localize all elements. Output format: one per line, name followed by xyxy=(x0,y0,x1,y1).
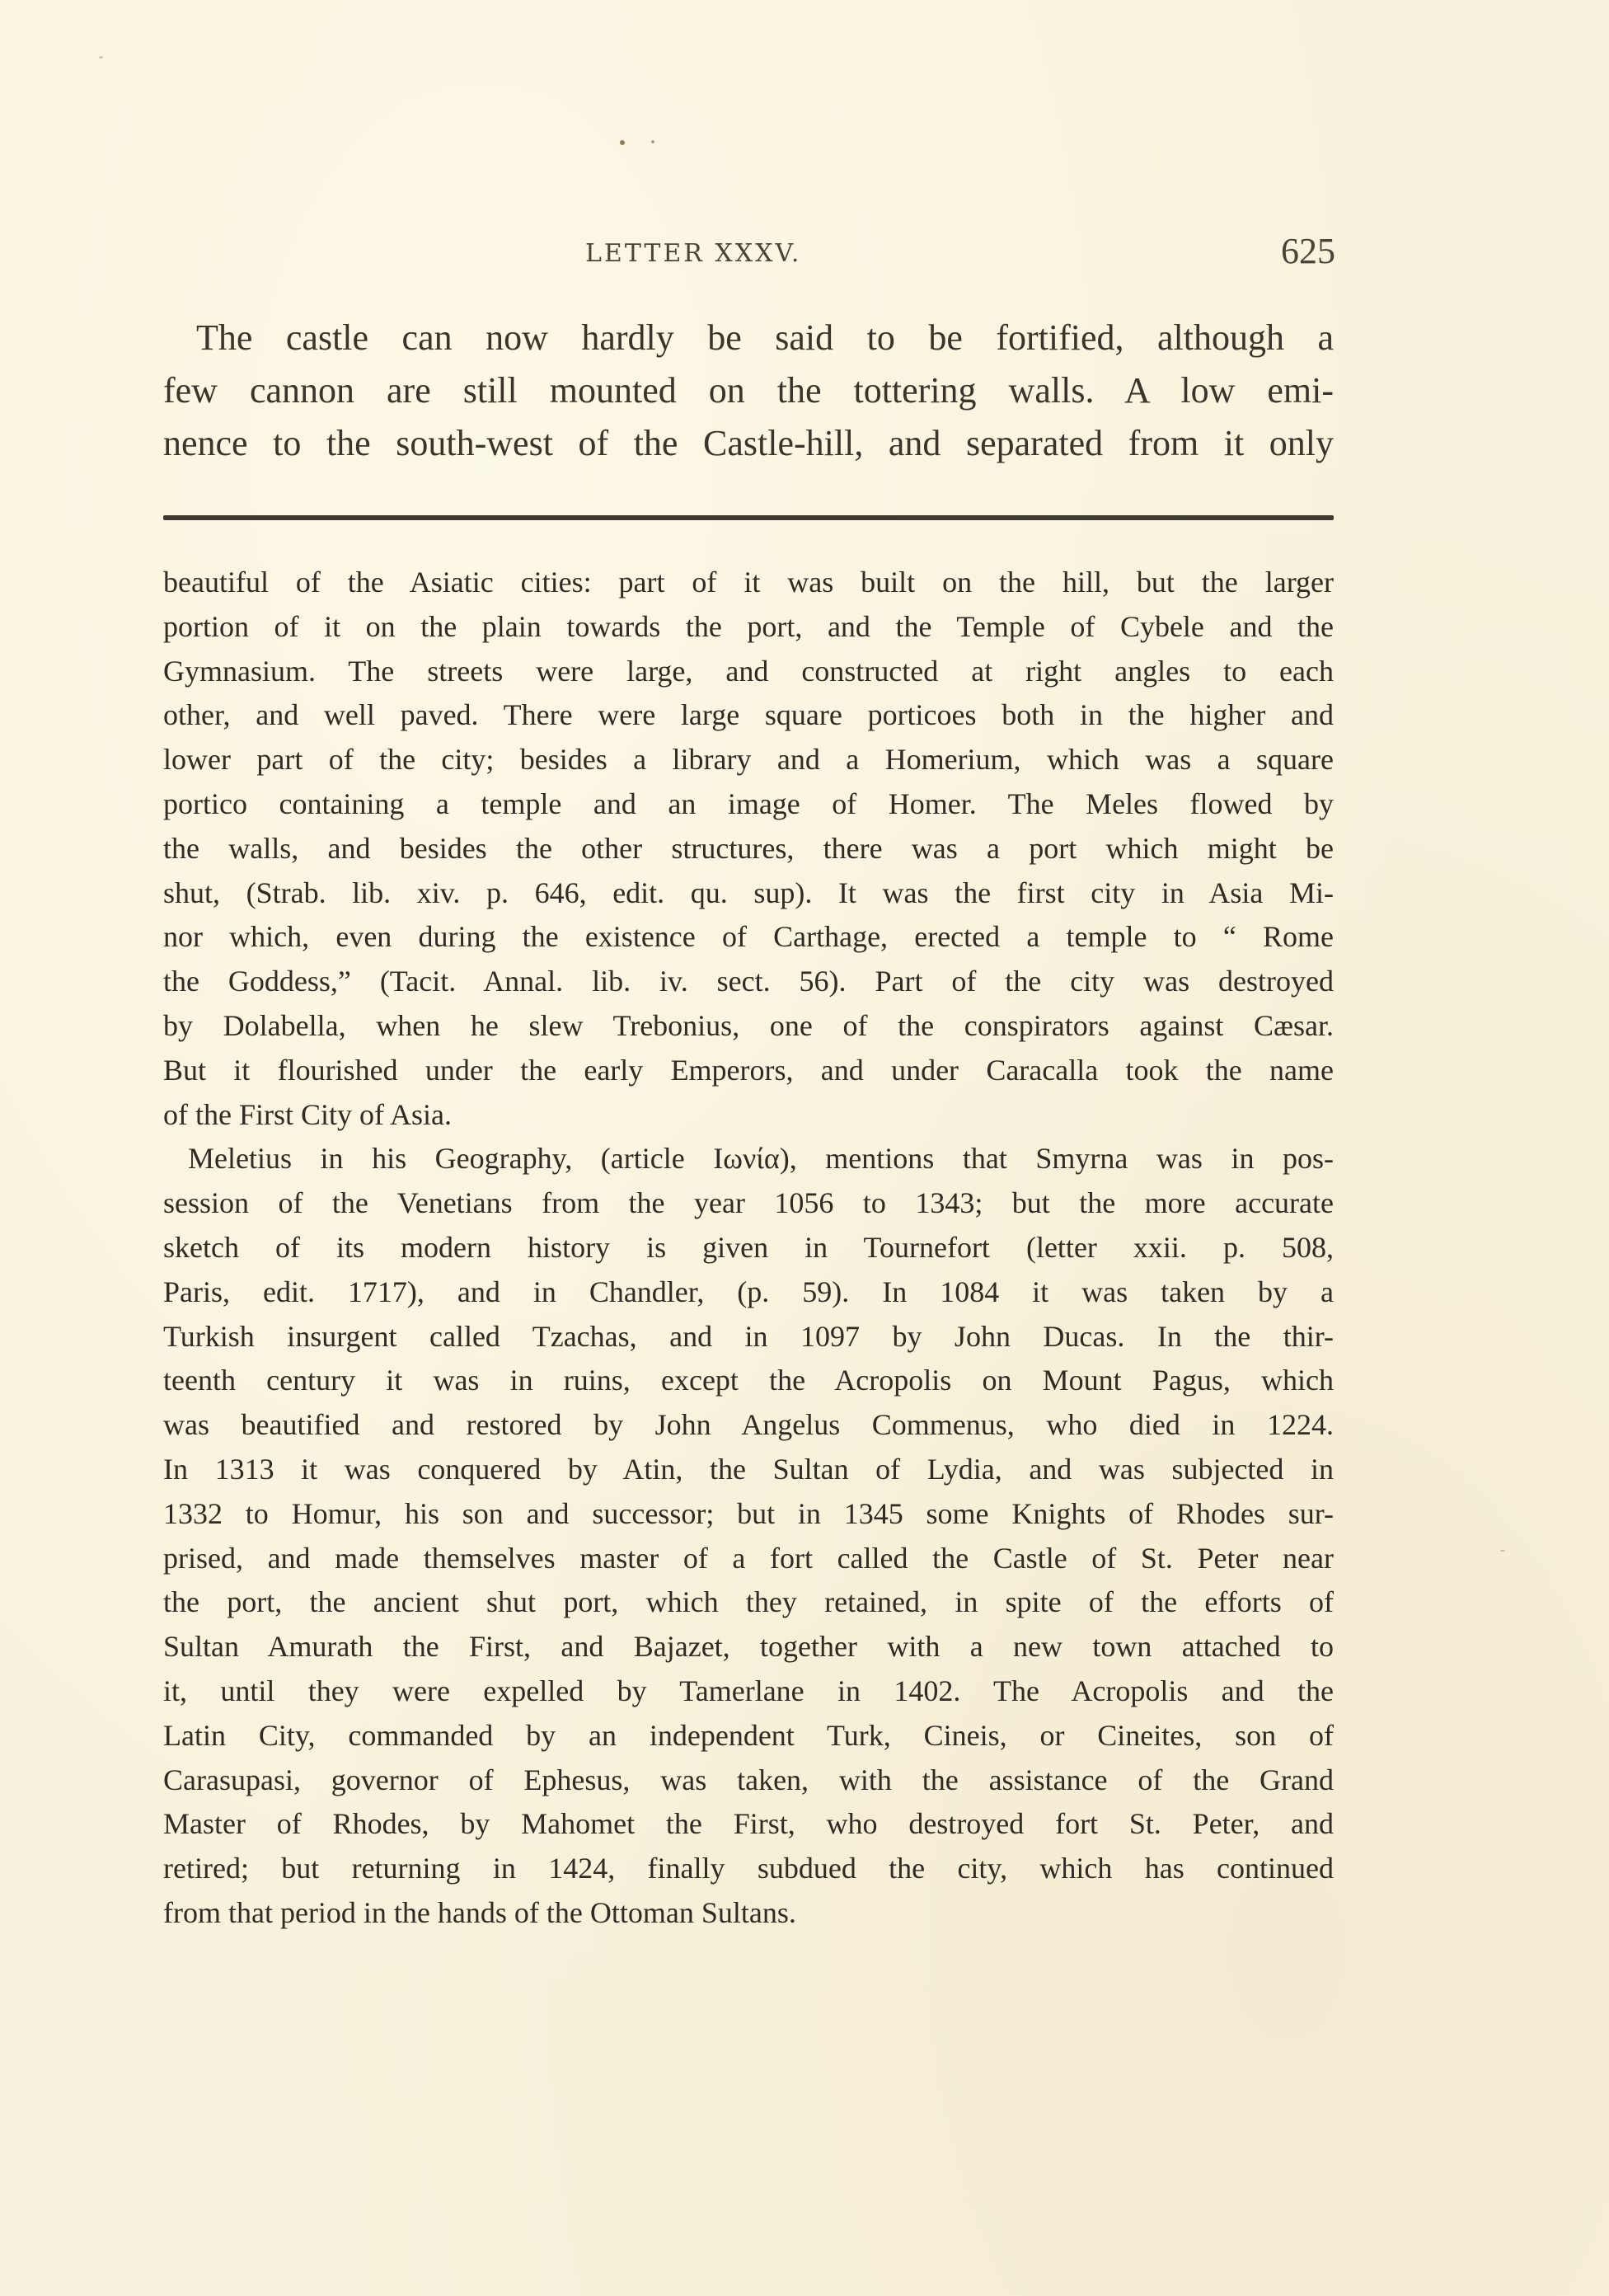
footnote-line: by Dolabella, when he slew Trebonius, on… xyxy=(163,1004,1334,1049)
footnote-line: Latin City, commanded by an independent … xyxy=(163,1714,1334,1758)
footnote-line: Master of Rhodes, by Mahomet the First, … xyxy=(163,1802,1334,1847)
paper-speck xyxy=(620,140,625,145)
footnote-separator-rule xyxy=(163,515,1334,520)
running-head: LETTER XXXV. 625 xyxy=(577,233,1335,275)
footnote-line: from that period in the hands of the Ott… xyxy=(163,1891,1334,1936)
footnote-line: But it flourished under the early Empero… xyxy=(163,1049,1334,1093)
main-text-line: The castle can now hardly be said to be … xyxy=(163,312,1334,364)
footnote-line: Gymnasium. The streets were large, and c… xyxy=(163,650,1334,694)
paper-speck xyxy=(99,56,103,59)
book-page: LETTER XXXV. 625 The castle can now hard… xyxy=(0,0,1609,2296)
footnote-line: In 1313 it was conquered by Atin, the Su… xyxy=(163,1448,1334,1492)
main-text: The castle can now hardly be said to be … xyxy=(163,312,1334,470)
footnote-line: teenth century it was in ruins, except t… xyxy=(163,1359,1334,1403)
footnote-line: the walls, and besides the other structu… xyxy=(163,827,1334,871)
footnote-line: session of the Venetians from the year 1… xyxy=(163,1181,1334,1226)
footnote-line: it, until they were expelled by Tamerlan… xyxy=(163,1669,1334,1714)
page-number: 625 xyxy=(1281,228,1335,275)
footnote-line: Sultan Amurath the First, and Bajazet, t… xyxy=(163,1625,1334,1669)
footnote-line: sketch of its modern history is given in… xyxy=(163,1226,1334,1270)
footnote-line: of the First City of Asia. xyxy=(163,1093,1334,1138)
footnote-paragraph-1: beautiful of the Asiatic cities: part of… xyxy=(163,561,1334,1137)
footnote-line: Paris, edit. 1717), and in Chandler, (p.… xyxy=(163,1270,1334,1315)
running-head-title: LETTER XXXV. xyxy=(585,233,801,275)
footnote-line: was beautified and restored by John Ange… xyxy=(163,1403,1334,1448)
footnote-line: shut, (Strab. lib. xiv. p. 646, edit. qu… xyxy=(163,871,1334,916)
footnote-paragraph-2: Meletius in his Geography, (article Ιωνί… xyxy=(163,1137,1334,1935)
footnote-line: other, and well paved. There were large … xyxy=(163,693,1334,738)
main-text-line: few cannon are still mounted on the tott… xyxy=(163,364,1334,417)
paper-speck xyxy=(651,140,654,143)
footnote-line: Meletius in his Geography, (article Ιωνί… xyxy=(163,1137,1334,1181)
footnote-line: the port, the ancient shut port, which t… xyxy=(163,1580,1334,1625)
footnote-line: the Goddess,” (Tacit. Annal. lib. iv. se… xyxy=(163,960,1334,1004)
footnote-line: 1332 to Homur, his son and successor; bu… xyxy=(163,1492,1334,1537)
footnote-line: Carasupasi, governor of Ephesus, was tak… xyxy=(163,1758,1334,1803)
footnote-line: portico containing a temple and an image… xyxy=(163,782,1334,827)
main-text-line: nence to the south-west of the Castle-hi… xyxy=(163,417,1334,470)
footnote-line: retired; but returning in 1424, finally … xyxy=(163,1847,1334,1891)
footnote-line: portion of it on the plain towards the p… xyxy=(163,605,1334,650)
paper-speck xyxy=(1500,1550,1505,1552)
footnote-line: Turkish insurgent called Tzachas, and in… xyxy=(163,1315,1334,1359)
footnote-line: prised, and made themselves master of a … xyxy=(163,1537,1334,1581)
footnote-line: nor which, even during the existence of … xyxy=(163,915,1334,960)
footnote: beautiful of the Asiatic cities: part of… xyxy=(163,561,1334,1936)
footnote-line: lower part of the city; besides a librar… xyxy=(163,738,1334,782)
footnote-line: beautiful of the Asiatic cities: part of… xyxy=(163,561,1334,605)
